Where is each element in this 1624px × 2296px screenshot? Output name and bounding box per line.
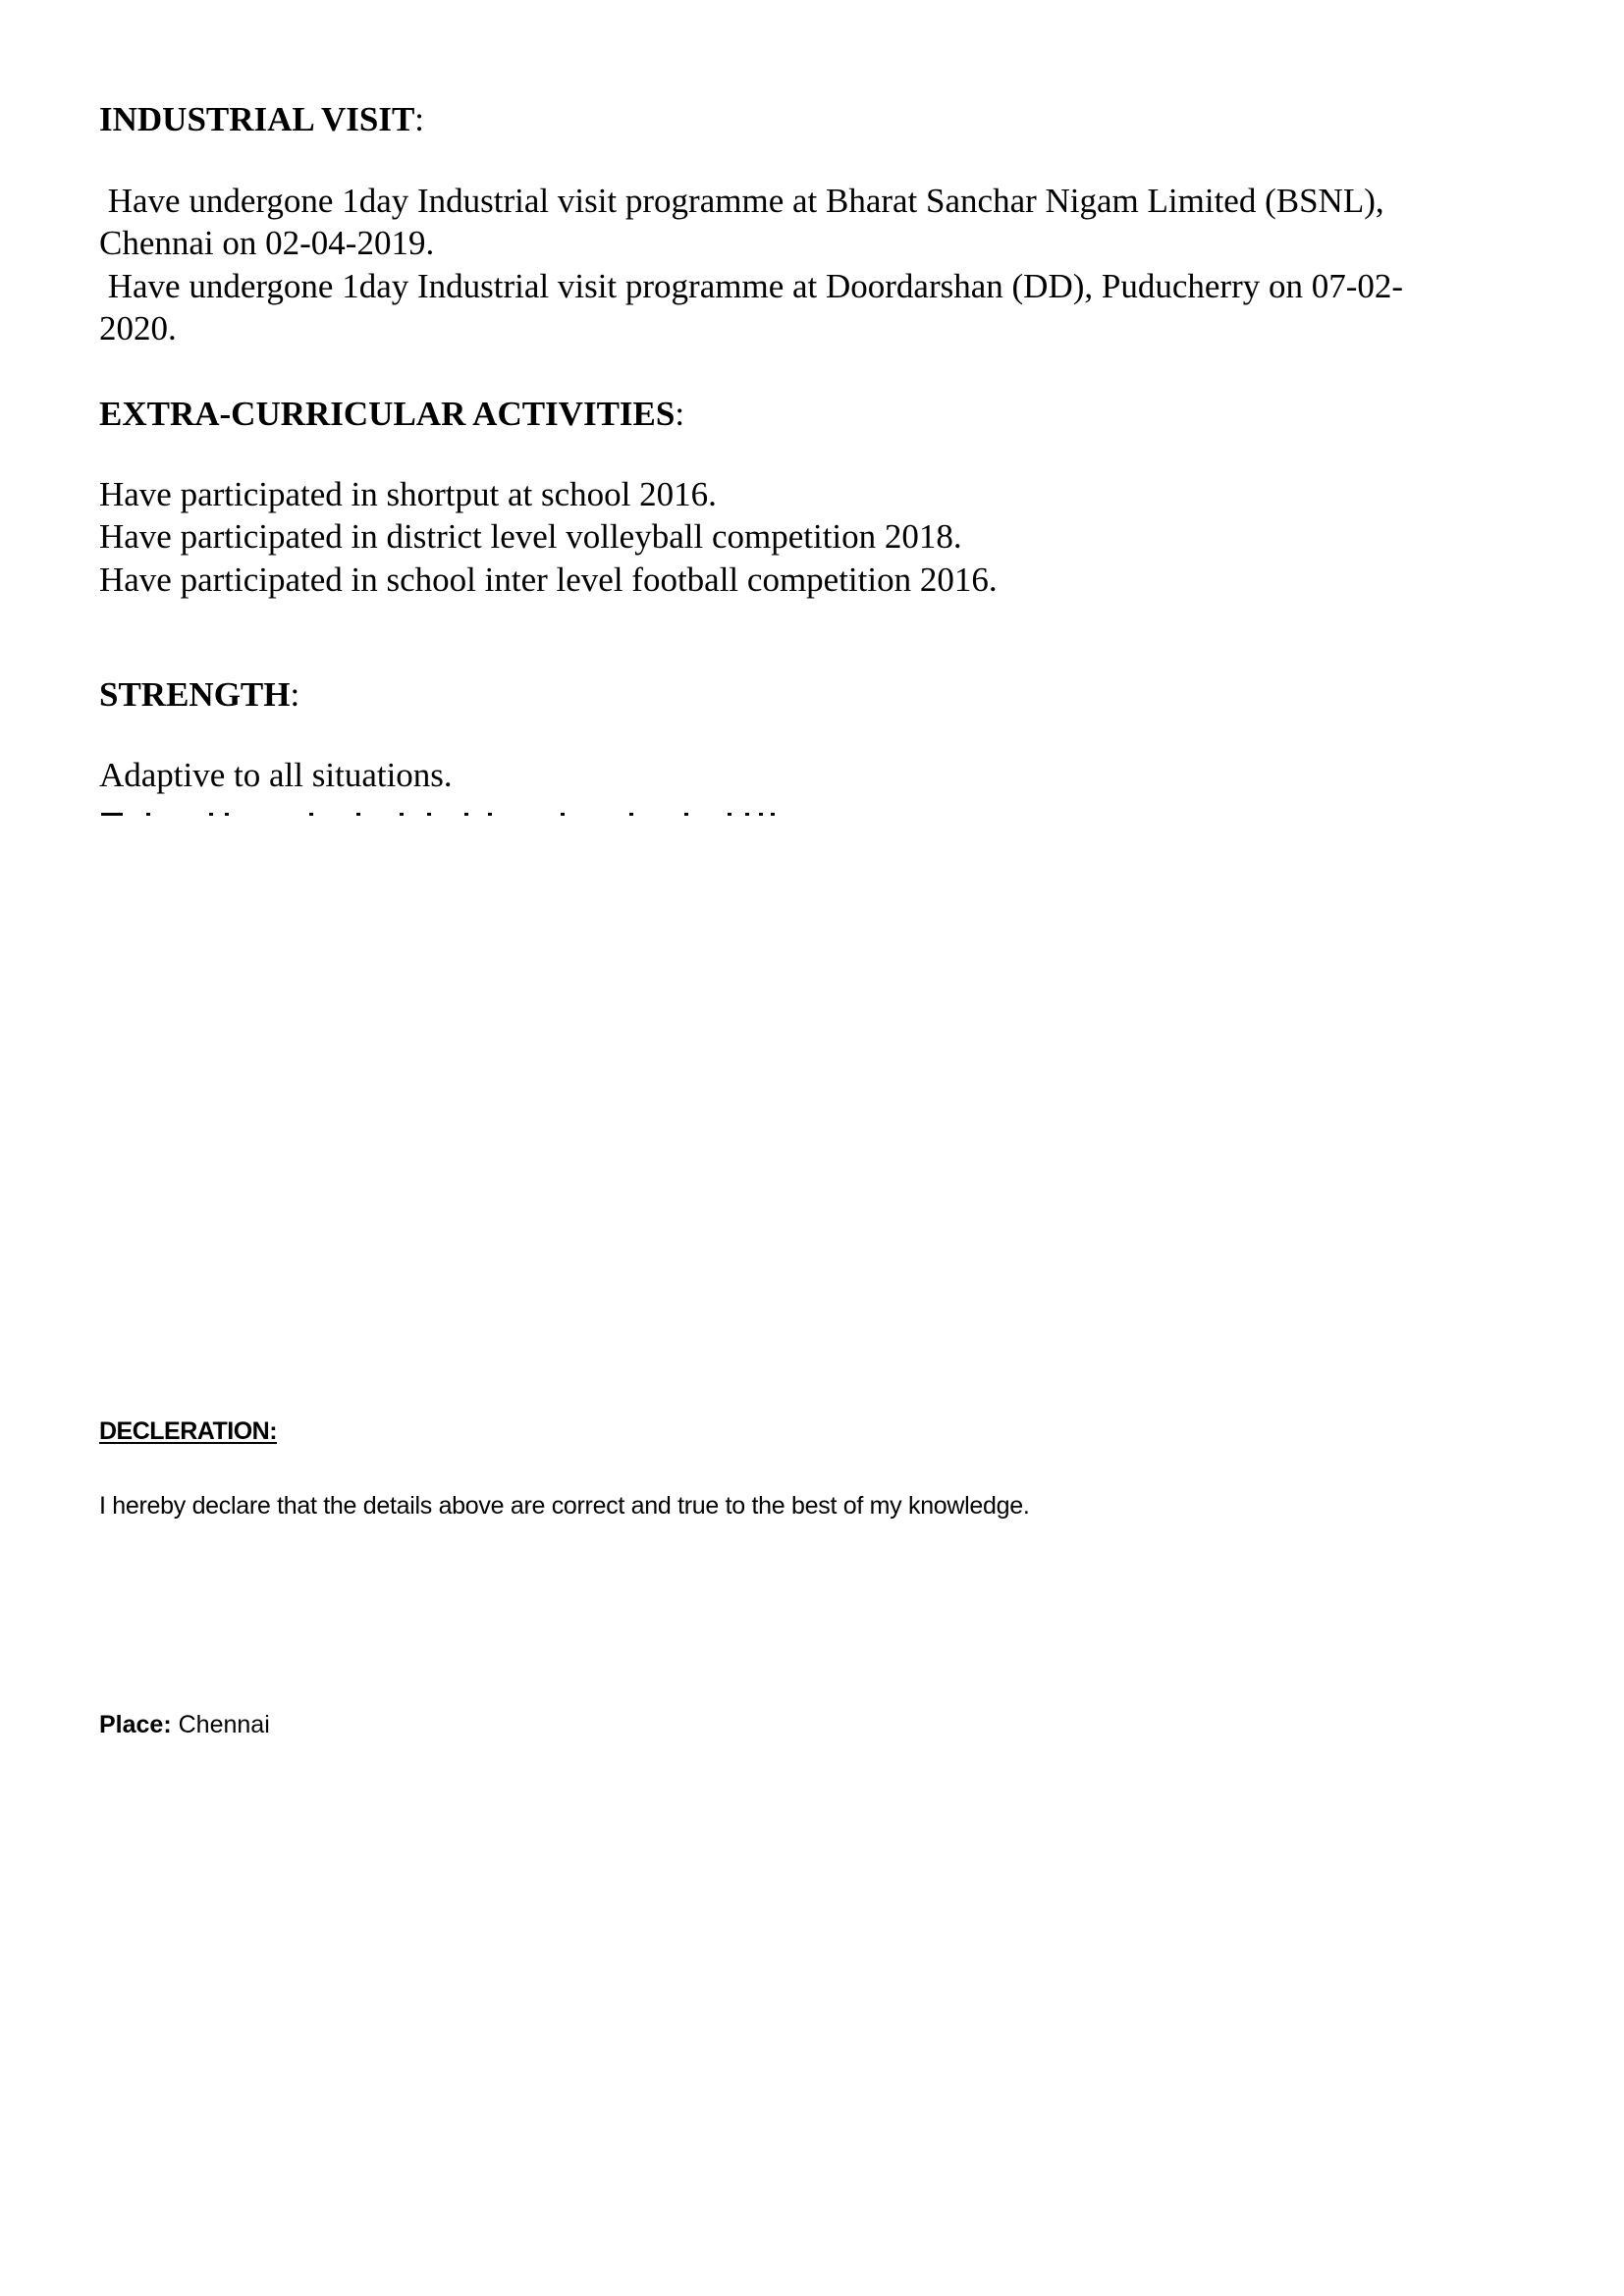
activity-line: Have participated in shortput at school … — [99, 473, 717, 515]
clipped-text-line — [99, 799, 885, 817]
strength-line: Adaptive to all situations. — [99, 754, 453, 796]
heading-colon: : — [675, 395, 684, 433]
industrial-visit-line: Chennai on 02-04-2019. — [99, 222, 434, 264]
extra-curricular-heading: EXTRA-CURRICULAR ACTIVITIES: — [99, 393, 684, 435]
strength-heading-text: STRENGTH — [99, 675, 291, 714]
declaration-text: I hereby declare that the details above … — [99, 1492, 1029, 1521]
heading-colon: : — [291, 675, 300, 714]
place-label: Place: — [99, 1711, 172, 1738]
strength-heading: STRENGTH: — [99, 673, 299, 716]
industrial-visit-line: Have undergone 1day Industrial visit pro… — [99, 265, 1403, 307]
declaration-heading: DECLERATION: — [99, 1417, 277, 1446]
industrial-visit-line: 2020. — [99, 307, 177, 349]
activity-line: Have participated in school inter level … — [99, 559, 998, 601]
place-value: Chennai — [172, 1711, 270, 1738]
place-field: Place: Chennai — [99, 1711, 270, 1739]
extra-curricular-heading-text: EXTRA-CURRICULAR ACTIVITIES — [99, 395, 675, 433]
activity-line: Have participated in district level voll… — [99, 515, 962, 558]
industrial-visit-line: Have undergone 1day Industrial visit pro… — [99, 180, 1384, 222]
heading-colon: : — [414, 100, 424, 138]
industrial-visit-heading-text: INDUSTRIAL VISIT — [99, 100, 414, 138]
industrial-visit-heading: INDUSTRIAL VISIT: — [99, 98, 424, 140]
